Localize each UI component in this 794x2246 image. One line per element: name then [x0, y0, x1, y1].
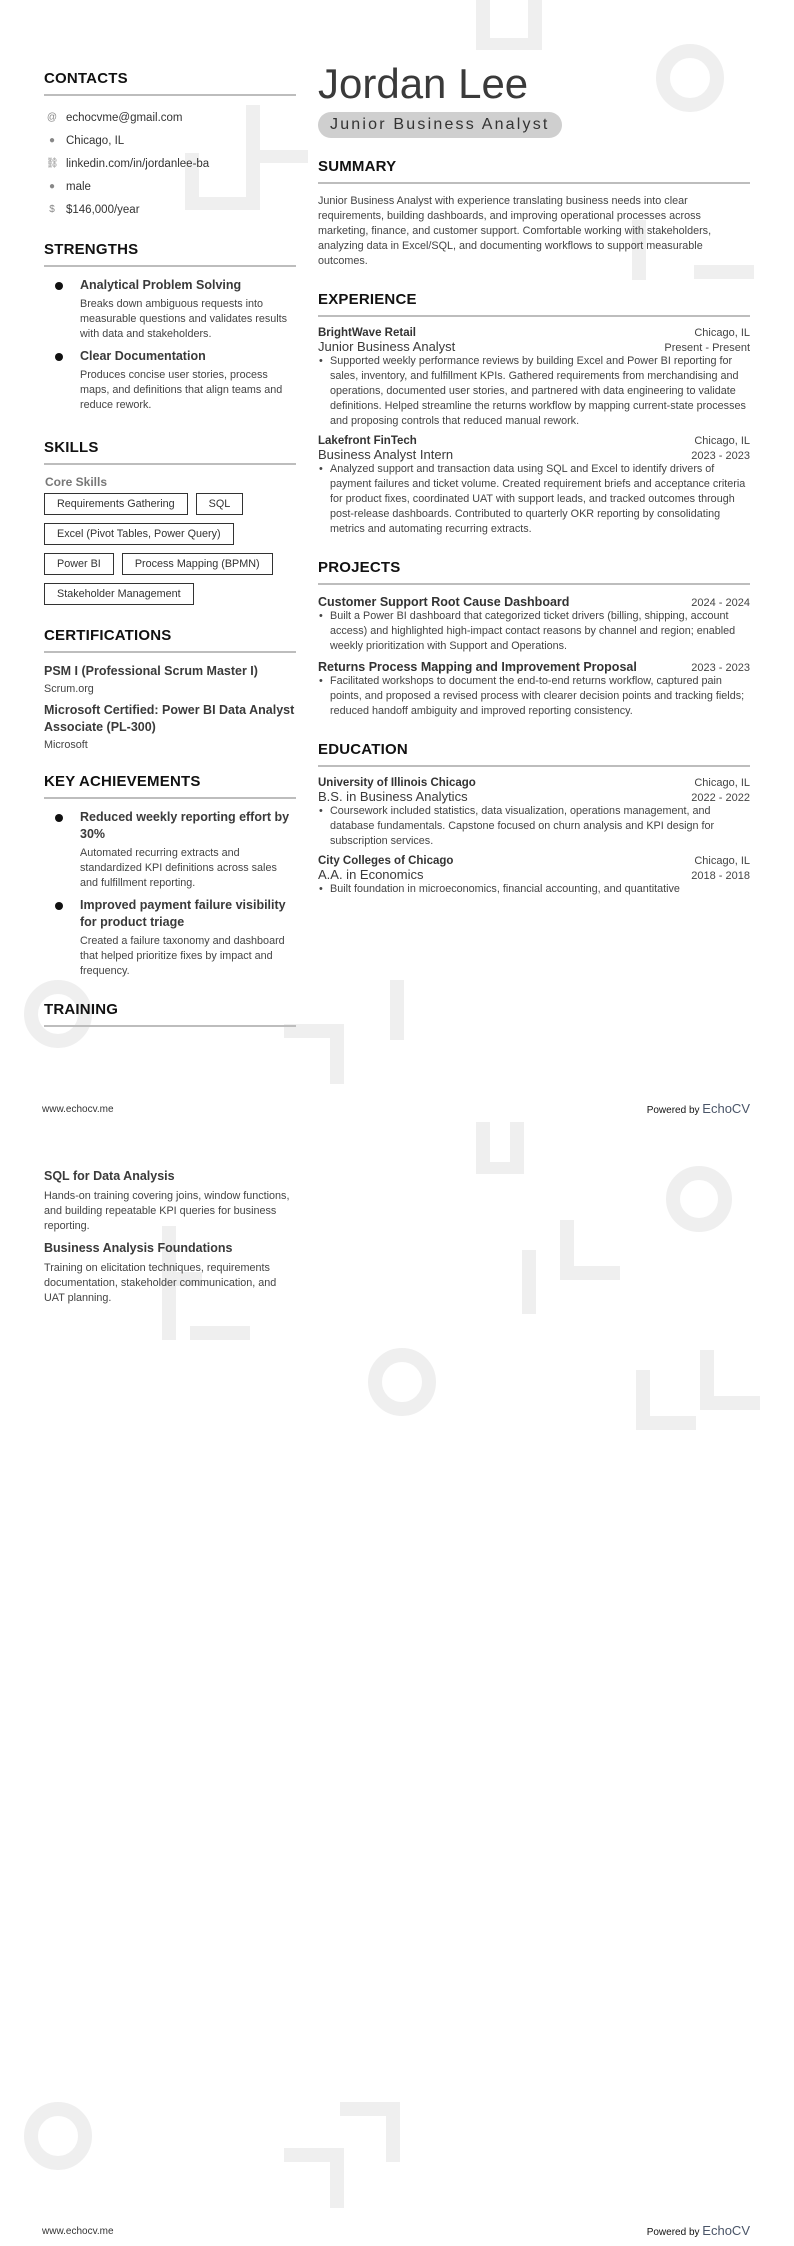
project-header: Returns Process Mapping and Improvement … [318, 660, 750, 674]
job-bullet: Supported weekly performance reviews by … [318, 354, 750, 429]
strength-desc: Breaks down ambiguous requests into meas… [80, 297, 296, 342]
training-name: Business Analysis Foundations [44, 1240, 296, 1257]
contacts-section: CONTACTS @ echocvme@gmail.com ● Chicago,… [44, 70, 296, 221]
dollar-icon: $ [46, 204, 58, 215]
contact-salary: $ $146,000/year [44, 198, 296, 221]
education-dates: 2018 - 2018 [691, 870, 750, 882]
training-section: TRAINING [44, 1001, 296, 1027]
decor-shape [330, 2148, 344, 2208]
decor-shape [528, 0, 542, 50]
right-column: Jordan Lee Junior Business Analyst SUMMA… [318, 62, 750, 897]
contact-gender-text: male [66, 181, 91, 193]
section-title-certifications: CERTIFICATIONS [44, 627, 296, 653]
decor-shape [522, 1250, 536, 1314]
brand-name: EchoCV [702, 1101, 750, 1116]
education-entry: University of Illinois Chicago Chicago, … [318, 777, 750, 849]
skill-tag: SQL [196, 493, 244, 515]
decor-shape [636, 1416, 696, 1430]
project-bullet: Built a Power BI dashboard that categori… [318, 609, 750, 654]
section-title-skills: SKILLS [44, 439, 296, 465]
achievement-desc: Automated recurring extracts and standar… [80, 846, 296, 891]
education-subheader: B.S. in Business Analytics 2022 - 2022 [318, 789, 750, 804]
job-location: Chicago, IL [694, 435, 750, 447]
education-header: University of Illinois Chicago Chicago, … [318, 777, 750, 789]
job-bullet: Analyzed support and transaction data us… [318, 462, 750, 537]
left-column: CONTACTS @ echocvme@gmail.com ● Chicago,… [44, 70, 296, 1037]
strength-title: Clear Documentation [80, 348, 296, 365]
project-name: Customer Support Root Cause Dashboard [318, 595, 569, 609]
bullet-icon [55, 282, 63, 290]
contact-email[interactable]: @ echocvme@gmail.com [44, 106, 296, 129]
powered-by-label: Powered by [647, 2227, 700, 2238]
decor-shape [560, 1266, 620, 1280]
project-header: Customer Support Root Cause Dashboard 20… [318, 595, 750, 609]
decor-shape [386, 2102, 400, 2162]
education-location: Chicago, IL [694, 777, 750, 789]
job-role: Junior Business Analyst [318, 339, 455, 354]
strength-desc: Produces concise user stories, process m… [80, 368, 296, 413]
skills-subheading: Core Skills [45, 475, 296, 489]
decor-ring [666, 1166, 732, 1232]
contact-linkedin[interactable]: ⛓ linkedin.com/in/jordanlee-ba [44, 152, 296, 175]
job-entry: Lakefront FinTech Chicago, IL Business A… [318, 435, 750, 537]
project-dates: 2024 - 2024 [691, 597, 750, 609]
job-dates: Present - Present [664, 342, 750, 354]
project-entry: Customer Support Root Cause Dashboard 20… [318, 595, 750, 654]
education-degree: A.A. in Economics [318, 867, 424, 882]
section-title-projects: PROJECTS [318, 559, 750, 585]
section-title-training: TRAINING [44, 1001, 296, 1027]
job-header: Lakefront FinTech Chicago, IL [318, 435, 750, 447]
at-icon: @ [46, 112, 58, 123]
section-title-contacts: CONTACTS [44, 70, 296, 96]
cert-org: Scrum.org [44, 683, 296, 695]
education-header: City Colleges of Chicago Chicago, IL [318, 855, 750, 867]
footer-powered-by[interactable]: Powered by EchoCV [647, 2223, 750, 2238]
strength-title: Analytical Problem Solving [80, 277, 296, 294]
training-continued: SQL for Data Analysis Hands-on training … [44, 1166, 296, 1306]
link-icon: ⛓ [46, 158, 58, 169]
training-desc: Training on elicitation techniques, requ… [44, 1261, 296, 1306]
section-title-summary: SUMMARY [318, 158, 750, 184]
job-subheader: Junior Business Analyst Present - Presen… [318, 339, 750, 354]
cert-org: Microsoft [44, 739, 296, 751]
achievement-title: Improved payment failure visibility for … [80, 897, 296, 931]
education-dates: 2022 - 2022 [691, 792, 750, 804]
footer-website[interactable]: www.echocv.me [42, 1104, 114, 1115]
candidate-title-badge: Junior Business Analyst [318, 112, 562, 138]
decor-shape [700, 1396, 760, 1410]
education-bullet: Built foundation in microeconomics, fina… [318, 882, 750, 897]
strength-item: Clear Documentation Produces concise use… [44, 348, 296, 413]
training-desc: Hands-on training covering joins, window… [44, 1189, 296, 1234]
section-title-education: EDUCATION [318, 741, 750, 767]
decor-ring [368, 1348, 436, 1416]
education-school: University of Illinois Chicago [318, 777, 476, 789]
experience-section: EXPERIENCE BrightWave Retail Chicago, IL… [318, 291, 750, 537]
footer-website[interactable]: www.echocv.me [42, 2226, 114, 2237]
cert-name: Microsoft Certified: Power BI Data Analy… [44, 702, 296, 736]
contact-salary-text: $146,000/year [66, 204, 140, 216]
project-bullet: Facilitated workshops to document the en… [318, 674, 750, 719]
contact-location-text: Chicago, IL [66, 135, 124, 147]
achievements-section: KEY ACHIEVEMENTS Reduced weekly reportin… [44, 773, 296, 979]
footer-powered-by[interactable]: Powered by EchoCV [647, 1101, 750, 1116]
contact-linkedin-text: linkedin.com/in/jordanlee-ba [66, 158, 209, 170]
section-title-experience: EXPERIENCE [318, 291, 750, 317]
strengths-section: STRENGTHS Analytical Problem Solving Bre… [44, 241, 296, 413]
decor-shape [190, 1326, 250, 1340]
cert-name: PSM I (Professional Scrum Master I) [44, 663, 296, 680]
skill-tags: Requirements Gathering SQL Excel (Pivot … [44, 493, 296, 605]
job-role: Business Analyst Intern [318, 447, 453, 462]
education-section: EDUCATION University of Illinois Chicago… [318, 741, 750, 897]
achievement-item: Improved payment failure visibility for … [44, 897, 296, 979]
job-header: BrightWave Retail Chicago, IL [318, 327, 750, 339]
skill-tag: Process Mapping (BPMN) [122, 553, 273, 575]
location-pin-icon: ● [46, 135, 58, 146]
decor-shape [390, 980, 404, 1040]
candidate-name: Jordan Lee [318, 62, 750, 106]
job-company: Lakefront FinTech [318, 435, 417, 447]
certifications-section: CERTIFICATIONS PSM I (Professional Scrum… [44, 627, 296, 751]
education-entry: City Colleges of Chicago Chicago, IL A.A… [318, 855, 750, 897]
skill-tag: Requirements Gathering [44, 493, 188, 515]
summary-section: SUMMARY Junior Business Analyst with exp… [318, 158, 750, 269]
achievement-item: Reduced weekly reporting effort by 30% A… [44, 809, 296, 891]
contact-email-text: echocvme@gmail.com [66, 112, 183, 124]
bullet-icon [55, 902, 63, 910]
project-dates: 2023 - 2023 [691, 662, 750, 674]
training-name: SQL for Data Analysis [44, 1168, 296, 1185]
decor-ring [24, 2102, 92, 2170]
project-name: Returns Process Mapping and Improvement … [318, 660, 637, 674]
person-icon: ● [46, 181, 58, 192]
summary-text: Junior Business Analyst with experience … [318, 194, 750, 269]
skill-tag: Excel (Pivot Tables, Power Query) [44, 523, 234, 545]
education-school: City Colleges of Chicago [318, 855, 453, 867]
strength-item: Analytical Problem Solving Breaks down a… [44, 277, 296, 342]
job-entry: BrightWave Retail Chicago, IL Junior Bus… [318, 327, 750, 429]
education-location: Chicago, IL [694, 855, 750, 867]
job-location: Chicago, IL [694, 327, 750, 339]
education-subheader: A.A. in Economics 2018 - 2018 [318, 867, 750, 882]
project-entry: Returns Process Mapping and Improvement … [318, 660, 750, 719]
skills-section: SKILLS Core Skills Requirements Gatherin… [44, 439, 296, 605]
brand-name: EchoCV [702, 2223, 750, 2238]
job-subheader: Business Analyst Intern 2023 - 2023 [318, 447, 750, 462]
section-title-achievements: KEY ACHIEVEMENTS [44, 773, 296, 799]
skill-tag: Stakeholder Management [44, 583, 194, 605]
projects-section: PROJECTS Customer Support Root Cause Das… [318, 559, 750, 719]
education-bullet: Coursework included statistics, data vis… [318, 804, 750, 849]
bullet-icon [55, 353, 63, 361]
education-degree: B.S. in Business Analytics [318, 789, 468, 804]
achievement-desc: Created a failure taxonomy and dashboard… [80, 934, 296, 979]
contact-location: ● Chicago, IL [44, 129, 296, 152]
job-dates: 2023 - 2023 [691, 450, 750, 462]
section-title-strengths: STRENGTHS [44, 241, 296, 267]
job-company: BrightWave Retail [318, 327, 416, 339]
contact-gender: ● male [44, 175, 296, 198]
powered-by-label: Powered by [647, 1105, 700, 1116]
skill-tag: Power BI [44, 553, 114, 575]
decor-shape [330, 1024, 344, 1084]
achievement-title: Reduced weekly reporting effort by 30% [80, 809, 296, 843]
bullet-icon [55, 814, 63, 822]
decor-shape [510, 1122, 524, 1174]
